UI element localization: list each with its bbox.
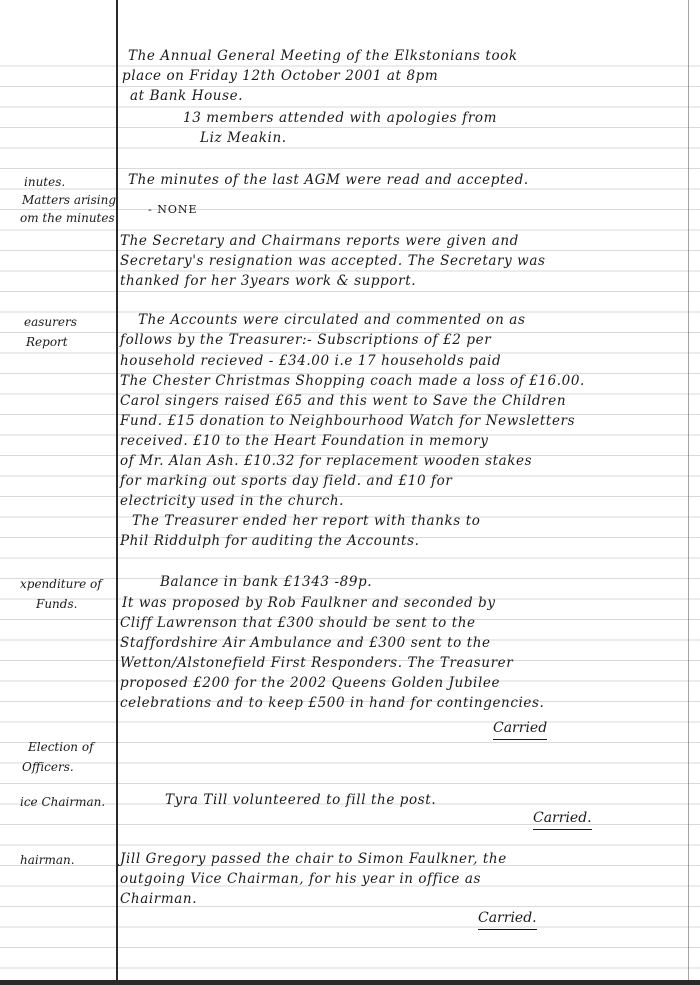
treasurer-line: for marking out sports day field. and £1… — [120, 471, 452, 491]
treasurer-line: Fund. £15 donation to Neighbourhood Watc… — [120, 411, 575, 431]
margin-label-election: Officers. — [22, 757, 74, 777]
expenditure-line: Cliff Lawrenson that £300 should be sent… — [120, 613, 476, 633]
expenditure-line: Staffordshire Air Ambulance and £300 sen… — [120, 633, 491, 653]
treasurer-line: The Chester Christmas Shopping coach mad… — [120, 371, 585, 391]
intro-line: Liz Meakin. — [200, 128, 287, 148]
margin-label-treasurers: Report — [26, 332, 68, 352]
margin-label-minutes: inutes. — [24, 172, 65, 192]
expenditure-line: Balance in bank £1343 -89p. — [160, 572, 372, 592]
chairman-line: outgoing Vice Chairman, for his year in … — [120, 869, 481, 889]
treasurer-line: Phil Riddulph for auditing the Accounts. — [120, 531, 419, 551]
expenditure-line: celebrations and to keep £500 in hand fo… — [120, 693, 544, 713]
margin-label-vice-chairman: ice Chairman. — [20, 792, 105, 812]
margin-label-treasurers: easurers — [24, 312, 77, 332]
treasurer-line: The Accounts were circulated and comment… — [138, 310, 525, 330]
vice-chairman-line: Tyra Till volunteered to fill the post. — [165, 790, 436, 810]
margin-label-chairman: hairman. — [20, 850, 75, 870]
treasurer-line: received. £10 to the Heart Foundation in… — [120, 431, 488, 451]
reports-line: thanked for her 3years work & support. — [120, 271, 416, 291]
carried-mark: Carried. — [478, 910, 537, 930]
intro-line: The Annual General Meeting of the Elksto… — [128, 46, 518, 66]
carried-mark: Carried — [493, 720, 547, 740]
treasurer-line: follows by the Treasurer:- Subscriptions… — [120, 330, 491, 350]
treasurer-line: electricity used in the church. — [120, 491, 344, 511]
chairman-line: Chairman. — [120, 889, 197, 909]
margin-label-matters-arising: Matters arising — [22, 190, 116, 210]
treasurer-line: household recieved - £34.00 i.e 17 house… — [120, 351, 501, 371]
margin-rule — [116, 0, 118, 985]
page-bottom-edge — [0, 980, 700, 985]
minutes-line: The minutes of the last AGM were read an… — [128, 170, 529, 190]
margin-label-matters-arising: om the minutes — [20, 208, 115, 228]
intro-line: 13 members attended with apologies from — [183, 108, 497, 128]
intro-line: place on Friday 12th October 2001 at 8pm — [122, 66, 438, 86]
intro-line: at Bank House. — [130, 86, 243, 106]
lined-notebook-page: The Annual General Meeting of the Elksto… — [0, 0, 700, 985]
expenditure-line: Wetton/Alstonefield First Responders. Th… — [120, 653, 513, 673]
expenditure-line: It was proposed by Rob Faulkner and seco… — [122, 593, 496, 613]
margin-label-election: Election of — [28, 737, 94, 757]
treasurer-line: The Treasurer ended her report with than… — [132, 511, 480, 531]
expenditure-line: proposed £200 for the 2002 Queens Golden… — [120, 673, 500, 693]
reports-line: Secretary's resignation was accepted. Th… — [120, 251, 546, 271]
margin-label-expenditure: xpenditure of — [20, 574, 102, 594]
treasurer-line: Carol singers raised £65 and this went t… — [120, 391, 566, 411]
reports-line: The Secretary and Chairmans reports were… — [120, 231, 519, 251]
treasurer-line: of Mr. Alan Ash. £10.32 for replacement … — [120, 451, 532, 471]
margin-label-expenditure: Funds. — [36, 594, 77, 614]
carried-mark: Carried. — [533, 810, 592, 830]
chairman-line: Jill Gregory passed the chair to Simon F… — [120, 849, 507, 869]
right-margin-rule — [688, 0, 689, 985]
matters-arising-line: - NONE — [148, 200, 198, 220]
